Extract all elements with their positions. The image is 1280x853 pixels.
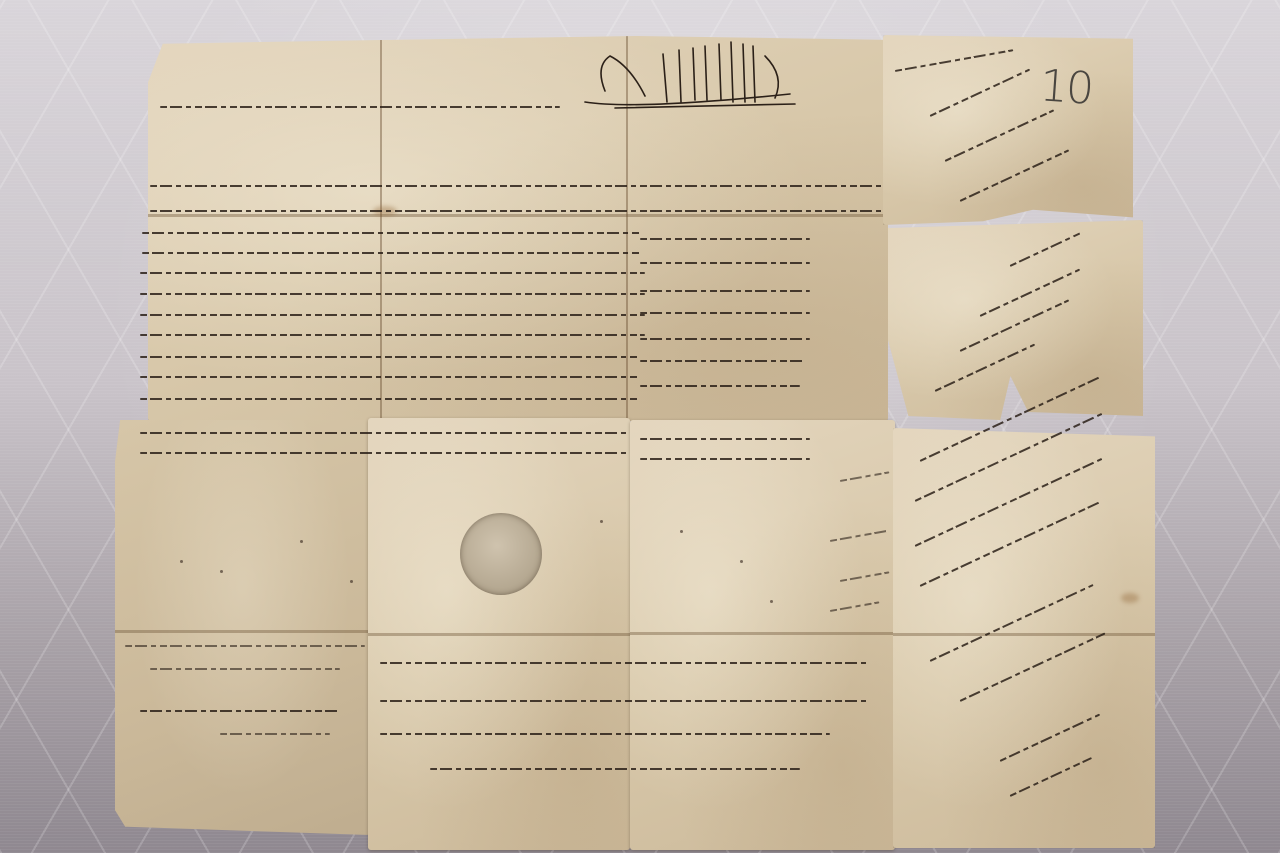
ink-speckle [680, 530, 683, 533]
body-script-line [640, 385, 800, 387]
fold-line [380, 36, 382, 421]
ink-speckle [180, 560, 183, 563]
fold-line [893, 633, 1155, 636]
body-script-line [430, 768, 800, 770]
body-script-line [125, 645, 365, 647]
body-script-line [380, 700, 870, 702]
fold-line [115, 630, 370, 633]
ink-speckle [740, 560, 743, 563]
sheet-lower-center-left [368, 418, 630, 850]
ink-speckle [220, 570, 223, 573]
ink-speckle [600, 520, 603, 523]
body-script-line [140, 398, 640, 400]
sheet-lower-left [115, 420, 370, 835]
ink-speckle [350, 580, 353, 583]
body-script-line [150, 210, 885, 212]
body-script-line [640, 360, 805, 362]
body-script-line [140, 293, 645, 295]
body-script-line [640, 262, 810, 264]
ink-speckle [300, 540, 303, 543]
pencil-page-number: 10 [1038, 60, 1093, 115]
body-script-line [640, 312, 810, 314]
fold-line [630, 632, 895, 635]
body-script-line [380, 662, 870, 664]
fold-line [148, 214, 888, 217]
header-script-line [160, 106, 560, 108]
body-script-line [640, 238, 810, 240]
body-script-line [140, 334, 645, 336]
ink-speckle [770, 600, 773, 603]
body-script-line [640, 290, 810, 292]
body-script-line [640, 338, 810, 340]
body-script-line [380, 733, 830, 735]
stain [1121, 593, 1139, 603]
body-script-line [640, 458, 810, 460]
body-script-line [150, 185, 885, 187]
body-script-line [220, 733, 330, 735]
fold-line [368, 633, 630, 636]
body-script-line [140, 272, 645, 274]
tughra-calligraphy [575, 36, 805, 116]
body-script-line [150, 668, 340, 670]
body-script-line [140, 314, 645, 316]
round-seal [460, 513, 542, 595]
body-script-line [140, 376, 640, 378]
body-script-line [640, 438, 810, 440]
body-script-line [142, 252, 642, 254]
body-script-line [140, 452, 630, 454]
body-script-line [142, 232, 642, 234]
body-script-line [140, 432, 630, 434]
sheet-lower-center-right [630, 420, 895, 850]
manuscript-document: 10 [0, 0, 1280, 853]
sheet-middle-right [888, 220, 1143, 420]
body-script-line [140, 710, 340, 712]
body-script-line [140, 356, 640, 358]
